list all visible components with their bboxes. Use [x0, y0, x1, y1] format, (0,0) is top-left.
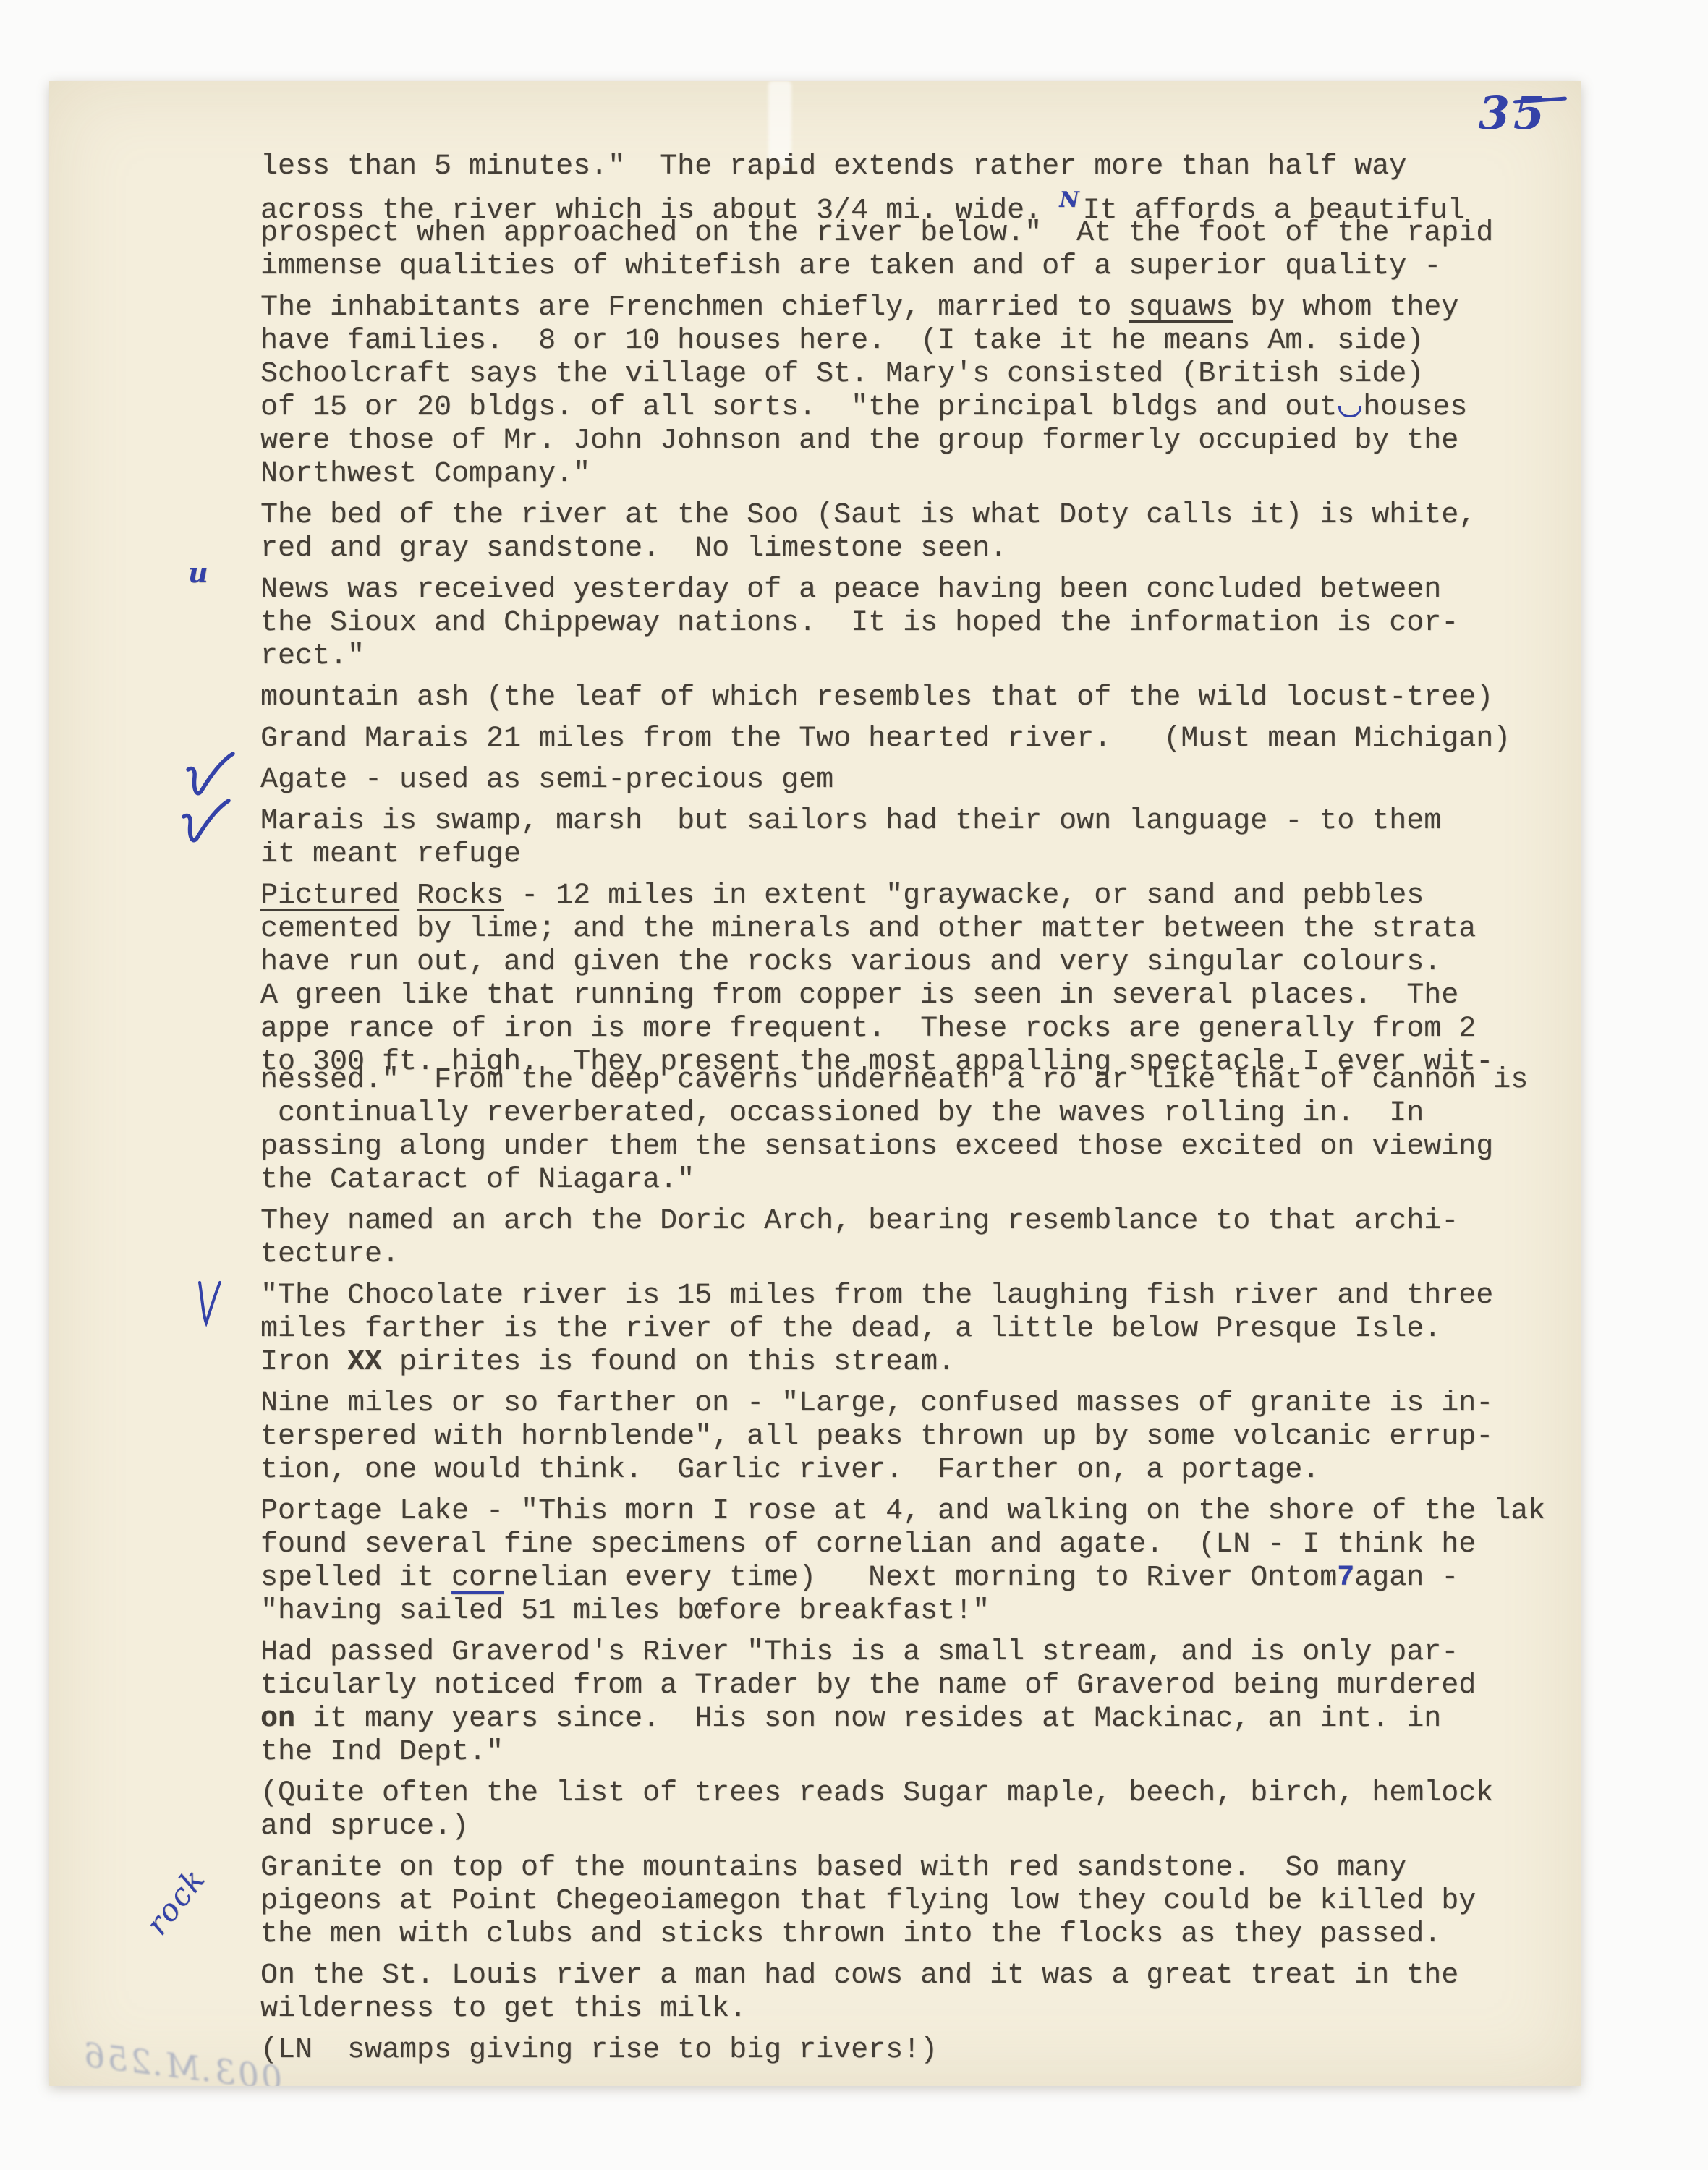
text-line: terspered with hornblende", all peaks th…: [260, 1421, 1581, 1454]
paragraph: (Quite often the list of trees reads Sug…: [260, 1777, 1581, 1844]
text-line: Had passed Graverod's River "This is a s…: [260, 1636, 1581, 1669]
text-line: Marais is swamp, marsh but sailors had t…: [260, 805, 1581, 838]
text-segment: Marais is swamp, marsh but sailors had t…: [260, 805, 1441, 838]
text-segment: by whom they: [1233, 292, 1458, 324]
text-segment: Rocks: [417, 880, 504, 912]
text-line: wilderness to get this milk.: [260, 1993, 1581, 2026]
text-line: tion, one would think. Garlic river. Far…: [260, 1454, 1581, 1487]
text-segment: ticularly noticed from a Trader by the n…: [260, 1669, 1476, 1702]
text-segment: News was received yesterday of a peace h…: [260, 574, 1441, 606]
text-segment: prospect when approached on the river be…: [260, 217, 1493, 250]
text-line: Northwest Company.": [260, 458, 1581, 491]
paragraph: "The Chocolate river is 15 miles from th…: [260, 1280, 1581, 1379]
text-segment: The bed of the river at the Soo (Saut is…: [260, 499, 1476, 532]
quotation-tick-annotation: u: [188, 556, 208, 590]
text-segment: On the St. Louis river a man had cows an…: [260, 1960, 1458, 1992]
text-segment: continually reverberated, occassioned by…: [260, 1097, 1424, 1130]
text-segment: tecture.: [260, 1238, 399, 1271]
text-line: "The Chocolate river is 15 miles from th…: [260, 1280, 1581, 1313]
text-segment: Iron: [260, 1346, 347, 1379]
paragraph: Grand Marais 21 miles from the Two heart…: [260, 723, 1581, 756]
text-segment: have families. 8 or 10 houses here. (I t…: [260, 325, 1424, 357]
text-segment: cor: [451, 1562, 504, 1594]
text-line: on it many years since. His son now resi…: [260, 1703, 1581, 1736]
text-segment: terspered with hornblende", all peaks th…: [260, 1421, 1493, 1453]
text-segment: passing along under them the sensations …: [260, 1131, 1493, 1163]
text-line: The inhabitants are Frenchmen chiefly, m…: [260, 292, 1581, 325]
text-segment: XX: [347, 1346, 382, 1379]
text-line: the men with clubs and sticks thrown int…: [260, 1918, 1581, 1952]
text-segment: Granite on top of the mountains based wi…: [260, 1852, 1406, 1884]
text-segment: tion, one would think. Garlic river. Far…: [260, 1454, 1320, 1486]
paragraph: uNews was received yesterday of a peace …: [260, 574, 1581, 673]
text-segment: A green like that running from copper is…: [260, 979, 1458, 1012]
text-line: it meant refuge: [260, 838, 1581, 872]
text-segment: Portage Lake - "This morn I rose at 4, a…: [260, 1495, 1545, 1528]
paragraph: (LN swamps giving rise to big rivers!): [260, 2034, 1581, 2067]
text-line: Portage Lake - "This morn I rose at 4, a…: [260, 1495, 1581, 1528]
text-line: appe rance of iron is more frequent. The…: [260, 1013, 1581, 1046]
text-segment: Nine miles or so farther on - "Large, co…: [260, 1387, 1493, 1420]
text-segment: wilderness to get this milk.: [260, 1993, 747, 2025]
text-segment: N: [1059, 187, 1079, 213]
text-line: cemented by lime; and the minerals and o…: [260, 913, 1581, 946]
checkmark-icon: [177, 796, 233, 851]
text-line: red and gray sandstone. No limestone see…: [260, 532, 1581, 566]
text-segment: [1338, 406, 1361, 417]
text-segment: red and gray sandstone. No limestone see…: [260, 532, 1007, 565]
text-segment: The inhabitants are Frenchmen chiefly, m…: [260, 292, 1129, 324]
text-line: passing along under them the sensations …: [260, 1131, 1581, 1164]
text-line: the Sioux and Chippeway nations. It is h…: [260, 607, 1581, 640]
text-line: (LN swamps giving rise to big rivers!): [260, 2034, 1581, 2067]
paragraph: On the St. Louis river a man had cows an…: [260, 1960, 1581, 2026]
text-segment: (LN swamps giving rise to big rivers!): [260, 2034, 938, 2067]
paragraph: They named an arch the Doric Arch, beari…: [260, 1205, 1581, 1272]
text-segment: have run out, and given the rocks variou…: [260, 946, 1441, 979]
text-segment: [399, 880, 417, 912]
text-line: were those of Mr. John Johnson and the g…: [260, 425, 1581, 458]
text-segment: pigeons at Point Chegeoiamegon that flyi…: [260, 1885, 1476, 1918]
text-line: prospect when approached on the river be…: [260, 217, 1581, 250]
paragraph: Nine miles or so farther on - "Large, co…: [260, 1387, 1581, 1487]
text-segment: it meant refuge: [260, 838, 521, 871]
text-segment: the Sioux and Chippeway nations. It is h…: [260, 607, 1458, 639]
typescript-body: less than 5 minutes." The rapid extends …: [260, 150, 1581, 2075]
text-line: less than 5 minutes." The rapid extends …: [260, 150, 1581, 184]
text-line: Pictured Rocks - 12 miles in extent "gra…: [260, 880, 1581, 913]
text-line: across the river which is about 3/4 mi. …: [260, 184, 1581, 217]
text-line: ticularly noticed from a Trader by the n…: [260, 1669, 1581, 1703]
text-line: have families. 8 or 10 houses here. (I t…: [260, 325, 1581, 358]
text-segment: Agate - used as semi-precious gem: [260, 764, 833, 796]
text-line: of 15 or 20 bldgs. of all sorts. "the pr…: [260, 391, 1581, 425]
text-segment: were those of Mr. John Johnson and the g…: [260, 425, 1458, 457]
text-segment: the Cataract of Niagara.": [260, 1164, 694, 1196]
text-line: "having sailed 51 miles bœfore breakfast…: [260, 1595, 1581, 1628]
paper-sheet: 35 less than 5 minutes." The rapid exten…: [49, 81, 1581, 2086]
text-segment: squaws: [1129, 292, 1233, 324]
text-line: The bed of the river at the Soo (Saut is…: [260, 499, 1581, 532]
text-segment: the Ind Dept.": [260, 1736, 504, 1769]
text-segment: "The Chocolate river is 15 miles from th…: [260, 1280, 1493, 1312]
text-segment: agan -: [1354, 1562, 1458, 1594]
text-line: spelled it cornelian every time) Next mo…: [260, 1562, 1581, 1595]
text-segment: houses: [1363, 391, 1467, 424]
margin-note: rock: [140, 1863, 212, 1941]
text-line: They named an arch the Doric Arch, beari…: [260, 1205, 1581, 1238]
text-segment: miles farther is the river of the dead, …: [260, 1313, 1441, 1345]
text-segment: nessed." From the deep caverns underneat…: [260, 1064, 1528, 1097]
page-number: 35: [1479, 87, 1548, 140]
paragraph: rockGranite on top of the mountains base…: [260, 1852, 1581, 1952]
text-segment: Grand Marais 21 miles from the Two heart…: [260, 723, 1511, 755]
text-line: Granite on top of the mountains based wi…: [260, 1852, 1581, 1885]
text-line: miles farther is the river of the dead, …: [260, 1313, 1581, 1346]
paragraph: The bed of the river at the Soo (Saut is…: [260, 499, 1581, 566]
text-line: Agate - used as semi-precious gem: [260, 764, 1581, 797]
text-line: pigeons at Point Chegeoiamegon that flyi…: [260, 1885, 1581, 1918]
text-line: mountain ash (the leaf of which resemble…: [260, 681, 1581, 715]
text-line: have run out, and given the rocks variou…: [260, 946, 1581, 979]
text-line: On the St. Louis river a man had cows an…: [260, 1960, 1581, 1993]
text-line: Schoolcraft says the village of St. Mary…: [260, 358, 1581, 391]
text-line: immense qualities of whitefish are taken…: [260, 250, 1581, 284]
text-segment: Schoolcraft says the village of St. Mary…: [260, 358, 1424, 391]
paragraph: Marais is swamp, marsh but sailors had t…: [260, 805, 1581, 872]
text-segment: 7: [1337, 1562, 1354, 1594]
text-line: found several fine specimens of cornelia…: [260, 1528, 1581, 1562]
text-line: News was received yesterday of a peace h…: [260, 574, 1581, 607]
paragraph: Pictured Rocks - 12 miles in extent "gra…: [260, 880, 1581, 1197]
paragraph: Portage Lake - "This morn I rose at 4, a…: [260, 1495, 1581, 1628]
text-line: the Ind Dept.": [260, 1736, 1581, 1769]
paragraph: Agate - used as semi-precious gem: [260, 764, 1581, 797]
text-segment: Northwest Company.": [260, 458, 590, 490]
text-segment: appe rance of iron is more frequent. The…: [260, 1013, 1476, 1045]
text-line: tecture.: [260, 1238, 1581, 1272]
text-segment: - 12 miles in extent "graywacke, or sand…: [504, 880, 1424, 912]
text-line: rect.": [260, 640, 1581, 673]
text-segment: it many years since. His son now resides…: [295, 1703, 1441, 1735]
text-line: continually reverberated, occassioned by…: [260, 1097, 1581, 1131]
text-segment: (Quite often the list of trees reads Sug…: [260, 1777, 1493, 1810]
text-line: Nine miles or so farther on - "Large, co…: [260, 1387, 1581, 1421]
text-line: nessed." From the deep caverns underneat…: [260, 1064, 1581, 1097]
text-segment: immense qualities of whitefish are taken…: [260, 250, 1441, 283]
text-segment: They named an arch the Doric Arch, beari…: [260, 1205, 1458, 1238]
text-segment: nelian every time) Next morning to River…: [504, 1562, 1337, 1594]
text-segment: less than 5 minutes." The rapid extends …: [260, 150, 1406, 183]
text-segment: mountain ash (the leaf of which resemble…: [260, 681, 1493, 714]
text-segment: "having sailed 51 miles bœfore breakfast…: [260, 1595, 990, 1627]
scan-background: { "colors": { "blue_ink": "#3442a8", "ty…: [0, 0, 1708, 2170]
text-line: Grand Marais 21 miles from the Two heart…: [260, 723, 1581, 756]
paragraph: Had passed Graverod's River "This is a s…: [260, 1636, 1581, 1769]
text-line: and spruce.): [260, 1811, 1581, 1844]
text-segment: of 15 or 20 bldgs. of all sorts. "the pr…: [260, 391, 1337, 424]
text-segment: and spruce.): [260, 1811, 469, 1843]
text-segment: found several fine specimens of cornelia…: [260, 1528, 1476, 1561]
text-line: A green like that running from copper is…: [260, 979, 1581, 1013]
text-segment: Pictured: [260, 880, 399, 912]
text-segment: Had passed Graverod's River "This is a s…: [260, 1636, 1458, 1669]
paragraph: The inhabitants are Frenchmen chiefly, m…: [260, 292, 1581, 491]
text-segment: on: [260, 1703, 295, 1735]
text-segment: the men with clubs and sticks thrown int…: [260, 1918, 1441, 1951]
text-line: Iron XX pirites is found on this stream.: [260, 1346, 1581, 1379]
bleed-through-text: 003.M.256: [80, 2035, 284, 2086]
paragraph: mountain ash (the leaf of which resemble…: [260, 681, 1581, 715]
paragraph: less than 5 minutes." The rapid extends …: [260, 150, 1581, 284]
text-line: the Cataract of Niagara.": [260, 1164, 1581, 1197]
text-segment: cemented by lime; and the minerals and o…: [260, 913, 1476, 945]
text-segment: pirites is found on this stream.: [382, 1346, 955, 1379]
text-segment: spelled it: [260, 1562, 451, 1594]
text-segment: rect.": [260, 640, 365, 673]
text-line: (Quite often the list of trees reads Sug…: [260, 1777, 1581, 1811]
checkmark-icon: [194, 1277, 223, 1332]
